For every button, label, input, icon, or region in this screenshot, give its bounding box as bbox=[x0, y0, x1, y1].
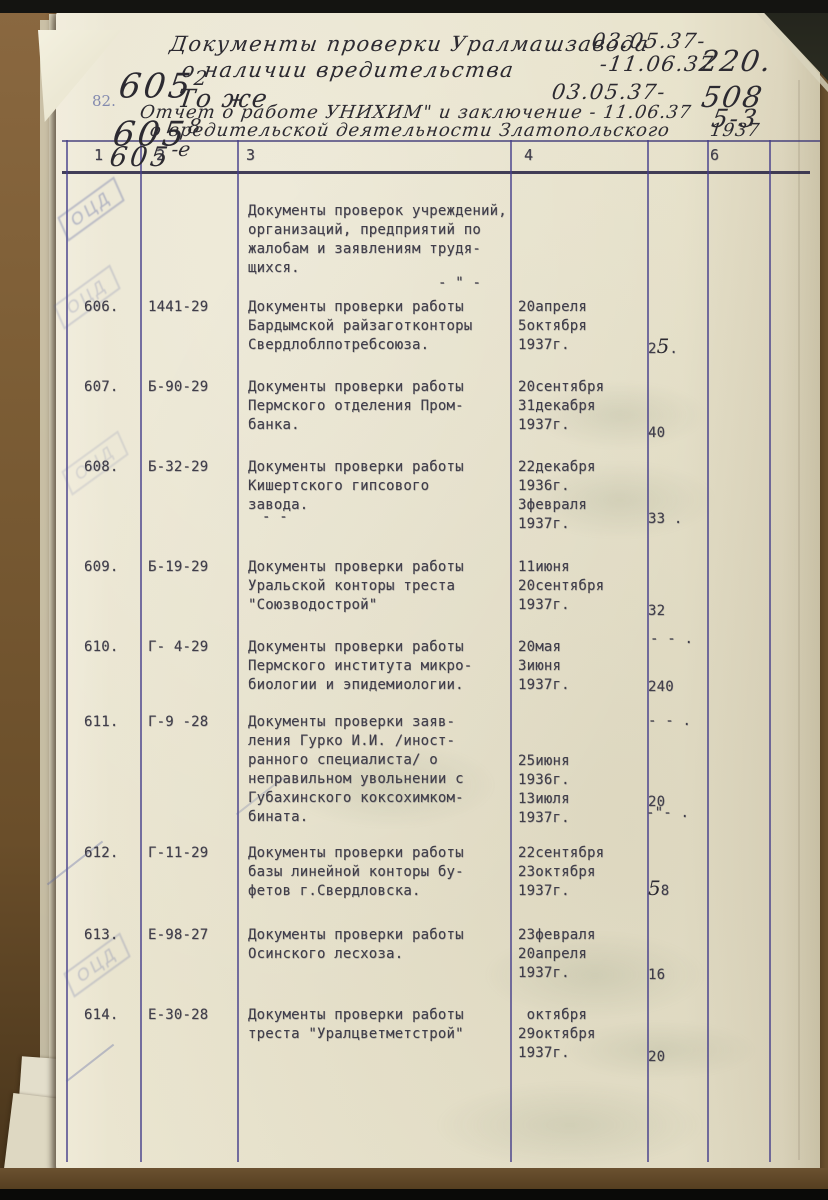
annotation-sheet-count: 220. bbox=[697, 44, 776, 78]
file-code: Г-11-29 bbox=[148, 844, 240, 863]
sheet-count: 20 bbox=[648, 1042, 706, 1067]
archival-document-photo: ОЦД ОЦД ОЦД ОЦД 6052 Документы проверки … bbox=[0, 0, 828, 1200]
table-column-line bbox=[707, 140, 709, 1162]
file-dates: 25июня 1936г. 13июля 1937г. bbox=[518, 752, 648, 828]
ditto-mark: -"- . bbox=[646, 804, 689, 823]
row-number: 610. bbox=[84, 638, 140, 657]
column-header-4: 4 bbox=[524, 146, 533, 165]
file-dates: 11июня 20сентября 1937г. bbox=[518, 558, 648, 615]
column-header-3: 3 bbox=[246, 146, 255, 165]
sheet-count-typed: 33 . bbox=[648, 511, 683, 527]
sheet-count: 25. bbox=[648, 334, 706, 359]
sheet-count-handwritten: 5 bbox=[657, 334, 670, 358]
ink-bleedthrough bbox=[430, 1080, 710, 1170]
table-column-line bbox=[66, 140, 68, 1162]
page-stack-edge bbox=[40, 20, 49, 1180]
file-description: Документы проверки работы треста "Уралцв… bbox=[248, 1006, 512, 1044]
annotation-dates: 03.05.37- bbox=[590, 29, 707, 53]
row-number: 608. bbox=[84, 458, 140, 477]
sheet-count-typed: 16 bbox=[648, 967, 665, 983]
sheet-count-typed: 40 bbox=[648, 425, 665, 441]
table-column-line bbox=[769, 140, 771, 1162]
row-number: 613. bbox=[84, 926, 140, 945]
sheet-count-handwritten: 5 bbox=[648, 876, 661, 900]
file-dates: 20апреля 5октября 1937г. bbox=[518, 298, 648, 355]
row-number: 611. bbox=[84, 713, 140, 732]
row-number: 609. bbox=[84, 558, 140, 577]
sheet-count: 32 bbox=[648, 596, 706, 621]
file-code: Б-32-29 bbox=[148, 458, 240, 477]
section-intro: Документы проверок учреждений, организац… bbox=[248, 202, 516, 278]
sheet-count: 58 bbox=[648, 876, 706, 901]
file-code: Е-30-28 bbox=[148, 1006, 240, 1025]
annotation-title-line2: о вредительской деятельности Златопольск… bbox=[149, 120, 762, 141]
row-number: 607. bbox=[84, 378, 140, 397]
column-header-6: 6 bbox=[710, 146, 719, 165]
sheet-count: 240 bbox=[648, 672, 706, 697]
sheet-count-typed: 32 bbox=[648, 603, 665, 619]
photo-frame-top bbox=[0, 0, 828, 13]
annotation-dates: 03.05.37- bbox=[550, 80, 667, 104]
file-code: Б-90-29 bbox=[148, 378, 240, 397]
row-number: 614. bbox=[84, 1006, 140, 1025]
file-dates: 20сентября 31декабря 1937г. bbox=[518, 378, 648, 435]
file-description: Документы проверки работы Бардымской рай… bbox=[248, 298, 512, 355]
file-dates: 22сентября 23октября 1937г. bbox=[518, 844, 648, 901]
folio-number-base: 605 bbox=[108, 142, 173, 173]
file-code: Г- 4-29 bbox=[148, 638, 240, 657]
file-dates: октября 29октября 1937г. bbox=[518, 1006, 648, 1063]
file-code: Е-98-27 bbox=[148, 926, 240, 945]
sheet-count-typed: 8 bbox=[661, 883, 670, 899]
file-code: 1441-29 bbox=[148, 298, 240, 317]
file-description: Документы проверки работы Кишертского ги… bbox=[248, 458, 512, 515]
file-code: Г-9 -28 bbox=[148, 713, 240, 732]
file-dates: 22декабря 1936г. 3февраля 1937г. bbox=[518, 458, 648, 534]
file-description: Документы проверки работы базы линейной … bbox=[248, 844, 512, 901]
file-description: Документы проверки работы Пермского инст… bbox=[248, 638, 512, 695]
file-description: Документы проверки работы Пермского отде… bbox=[248, 378, 512, 435]
sheet-count-typed: 240 bbox=[648, 679, 674, 695]
sheet-count-typed: 20 bbox=[648, 1049, 665, 1065]
annotation-title-line2: о наличии вредительства bbox=[180, 58, 516, 82]
row-number: 606. bbox=[84, 298, 140, 317]
file-code: Б-19-29 bbox=[148, 558, 240, 577]
photo-frame-bottom bbox=[0, 1189, 828, 1200]
file-dates: 20мая 3июня 1937г. bbox=[518, 638, 648, 695]
ditto-mark: - " - bbox=[438, 274, 481, 293]
sheet-count: 33 . bbox=[648, 504, 706, 529]
annotation-sheet-count: 5-3 bbox=[709, 104, 760, 133]
sheet-count: 40 bbox=[648, 418, 706, 443]
page-edge-crease bbox=[798, 80, 800, 1160]
file-description: Документы проверки работы Осинского лесх… bbox=[248, 926, 512, 964]
table-column-line bbox=[140, 140, 142, 1162]
ditto-mark: - - bbox=[262, 508, 288, 527]
file-description: Документы проверки заяв- ления Гурко И.И… bbox=[248, 713, 512, 827]
sheet-count-typed: . bbox=[669, 341, 678, 357]
sheet-count: 16 bbox=[648, 960, 706, 985]
annotation-title: Документы проверки Уралмашзавода bbox=[168, 32, 651, 56]
file-description: Документы проверки работы Уральской конт… bbox=[248, 558, 512, 615]
row-number: 612. bbox=[84, 844, 140, 863]
ditto-mark: - - . bbox=[650, 630, 693, 649]
sheet-count-typed: 2 bbox=[648, 341, 657, 357]
ditto-mark: - - . bbox=[648, 712, 691, 731]
file-dates: 23февраля 20апреля 1937г. bbox=[518, 926, 648, 983]
